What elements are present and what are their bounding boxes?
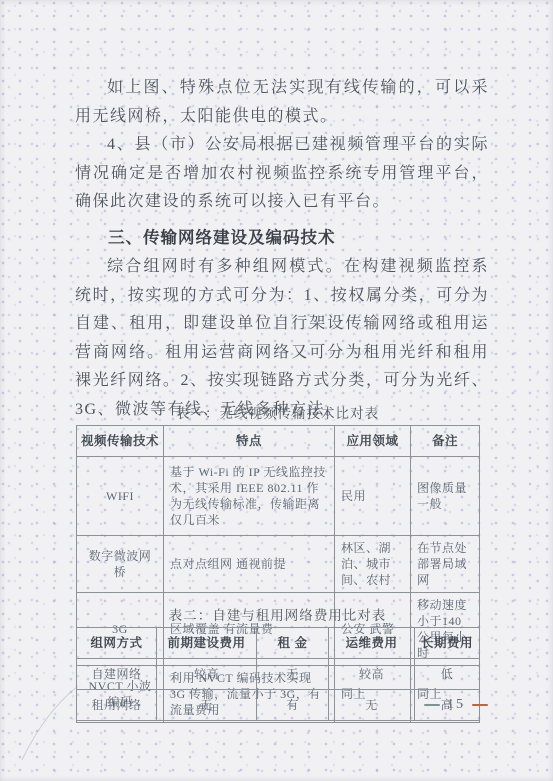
table-cell: 民用 (335, 457, 411, 536)
table-row: 自建网络较高无较高低 (77, 659, 480, 690)
table-header-row: 组网方式前期建设费用租 金运维费用长期费用 (77, 628, 480, 659)
column-header: 视频传输技术 (77, 426, 164, 457)
column-header: 长期费用 (415, 628, 480, 659)
table-cell: 在节点处部署局域网 (411, 536, 480, 593)
paragraph: 综合组网时有多种组网模式。在构建视频监控系统时，按实现的方式可分为：1、按权属分… (75, 253, 489, 424)
table-cell: 无 (157, 690, 257, 721)
column-header: 特点 (164, 426, 335, 457)
table-cell: 林区、湖泊、城市间、农村 (335, 536, 411, 593)
table-row: WIFI基于 Wi-Fi 的 IP 无线监控技术，其采用 IEEE 802.11… (77, 457, 480, 536)
table-cell: 图像质量一般 (411, 457, 480, 536)
column-header: 前期建设费用 (157, 628, 257, 659)
table-cell: 基于 Wi-Fi 的 IP 无线监控技术，其采用 IEEE 802.11 作为无… (164, 457, 335, 536)
paragraph: 4、县（市）公安局根据已建视频管理平台的实际情况确定是否增加农村视频监控系统专用… (75, 131, 489, 217)
page-number-right-dash (472, 704, 488, 706)
table-cell: 低 (415, 659, 480, 690)
paragraph: 如上图、特殊点位无法实现有线传输的，可以采用无线网桥，太阳能供电的模式。 (75, 74, 489, 131)
table-cell: 自建网络 (77, 659, 157, 690)
table-cell: 数字微波网桥 (77, 536, 164, 593)
table-cell: 无 (257, 659, 329, 690)
section-heading: 三、传输网络建设及编码技术 (75, 224, 489, 253)
page-number: 15 (424, 697, 488, 713)
table-cell: 较高 (157, 659, 257, 690)
page-number-left-dash (424, 704, 440, 706)
column-header: 应用领域 (335, 426, 411, 457)
column-header: 备注 (411, 426, 480, 457)
column-header: 组网方式 (77, 628, 157, 659)
table-cell: 租用网络 (77, 690, 157, 721)
document-body: 如上图、特殊点位无法实现有线传输的，可以采用无线网桥，太阳能供电的模式。 4、县… (75, 74, 489, 424)
page-number-value: 15 (447, 697, 465, 713)
table1-title: 表一：无线视频传输技术比对表 (76, 402, 479, 422)
column-header: 租 金 (257, 628, 329, 659)
column-header: 运维费用 (329, 628, 415, 659)
table-row: 数字微波网桥点对点组网 通视前提林区、湖泊、城市间、农村在节点处部署局域网 (77, 536, 480, 593)
table2-title: 表二：自建与租用网络费用比对表 (76, 604, 479, 624)
scanned-document-page: 如上图、特殊点位无法实现有线传输的，可以采用无线网桥，太阳能供电的模式。 4、县… (0, 0, 553, 781)
table-row: 租用网络无有无高 (77, 690, 480, 721)
table2-block: 表二：自建与租用网络费用比对表 组网方式前期建设费用租 金运维费用长期费用 自建… (76, 604, 479, 721)
table-cell: 无 (329, 690, 415, 721)
table-cell: 点对点组网 通视前提 (164, 536, 335, 593)
table-header-row: 视频传输技术特点应用领域备注 (77, 426, 480, 457)
network-cost-comparison-table: 组网方式前期建设费用租 金运维费用长期费用 自建网络较高无较高低租用网络无有无高 (76, 627, 480, 721)
table-cell: WIFI (77, 457, 164, 536)
table-cell: 有 (257, 690, 329, 721)
table-cell: 较高 (329, 659, 415, 690)
